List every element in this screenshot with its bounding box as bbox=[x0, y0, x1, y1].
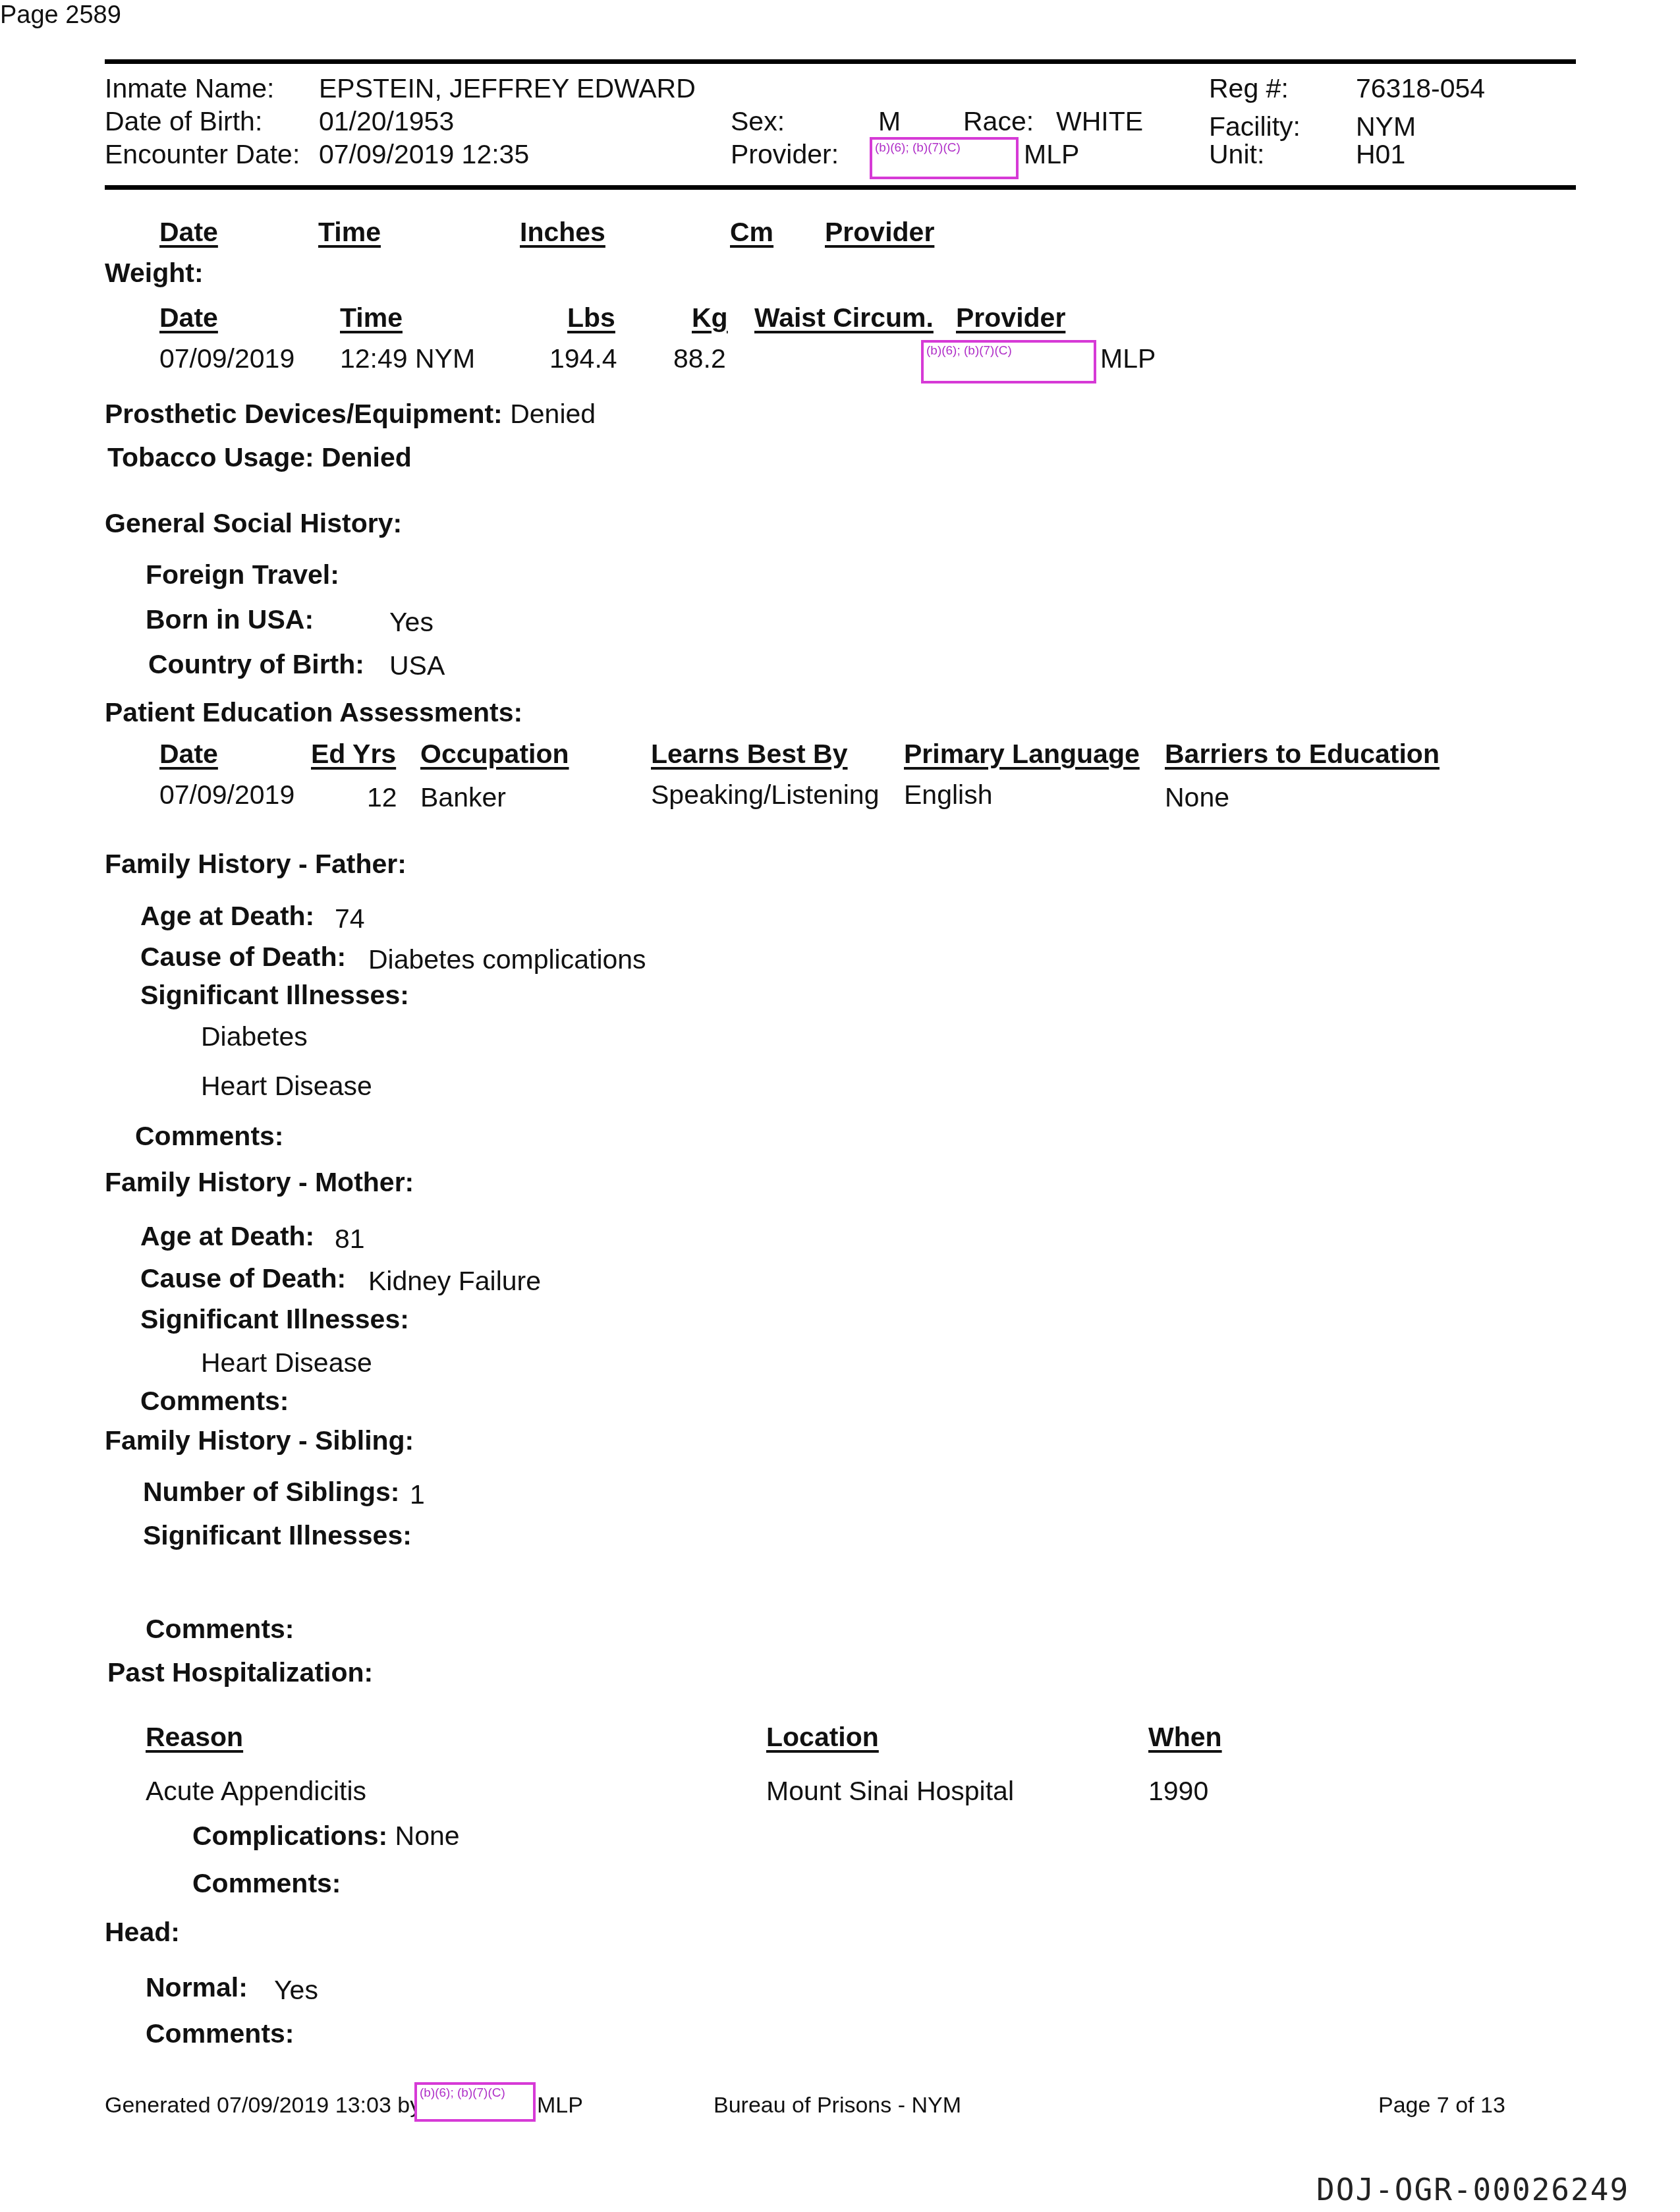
dob-label: Date of Birth: bbox=[105, 108, 262, 135]
weight-col-provider: Provider bbox=[956, 304, 1065, 331]
born-usa-value: Yes bbox=[389, 609, 434, 636]
mother-title: Family History - Mother: bbox=[105, 1169, 414, 1196]
redaction-code: (b)(6); (b)(7)(C) bbox=[420, 2086, 505, 2101]
born-usa-label: Born in USA: bbox=[146, 606, 314, 633]
sex-value: M bbox=[878, 108, 901, 135]
edu-col-learns: Learns Best By bbox=[651, 741, 848, 768]
edu-col-occupation: Occupation bbox=[420, 741, 569, 768]
weight-date: 07/09/2019 bbox=[159, 345, 294, 372]
head-comments-label: Comments: bbox=[146, 2020, 294, 2047]
edu-col-language: Primary Language bbox=[904, 741, 1140, 768]
footer-redaction-box: (b)(6); (b)(7)(C) bbox=[414, 2082, 536, 2122]
page-label: Page 2589 bbox=[0, 3, 121, 28]
inmate-name-label: Inmate Name: bbox=[105, 75, 275, 102]
edu-barriers: None bbox=[1165, 784, 1229, 811]
edu-col-ed-yrs: Ed Yrs bbox=[311, 741, 396, 768]
sex-label: Sex: bbox=[731, 108, 785, 135]
edu-col-barriers: Barriers to Education bbox=[1165, 741, 1440, 768]
weight-kg: 88.2 bbox=[673, 345, 726, 372]
sibling-comments-label: Comments: bbox=[146, 1616, 294, 1643]
race-label: Race: bbox=[963, 108, 1034, 135]
redaction-code: (b)(6); (b)(7)(C) bbox=[875, 141, 961, 156]
height-col-date: Date bbox=[159, 219, 218, 246]
father-cause-label: Cause of Death: bbox=[140, 944, 346, 971]
mother-comments-label: Comments: bbox=[140, 1388, 289, 1415]
weight-time: 12:49 NYM bbox=[340, 345, 475, 372]
hosp-complications-label: Complications: bbox=[192, 1821, 387, 1851]
weight-title: Weight: bbox=[105, 260, 204, 287]
provider-label: Provider: bbox=[731, 141, 839, 168]
edu-date: 07/09/2019 bbox=[159, 781, 294, 808]
mother-cause-label: Cause of Death: bbox=[140, 1265, 346, 1292]
header-bottom-rule bbox=[105, 185, 1576, 190]
weight-col-waist: Waist Circum. bbox=[754, 304, 934, 331]
encounter-date-label: Encounter Date: bbox=[105, 141, 300, 168]
hosp-col-reason: Reason bbox=[146, 1724, 243, 1751]
sibling-title: Family History - Sibling: bbox=[105, 1427, 414, 1454]
height-col-time: Time bbox=[318, 219, 381, 246]
reg-value: 76318-054 bbox=[1356, 75, 1485, 102]
height-col-cm: Cm bbox=[730, 219, 773, 246]
sibling-count-value: 1 bbox=[410, 1481, 425, 1508]
hosp-reason: Acute Appendicitis bbox=[146, 1778, 366, 1805]
edu-occupation: Banker bbox=[420, 784, 506, 811]
prosthetic-value: Denied bbox=[510, 399, 596, 429]
father-illness-item: Heart Disease bbox=[201, 1073, 372, 1100]
hosp-col-location: Location bbox=[766, 1724, 879, 1751]
facility-label: Facility: bbox=[1209, 113, 1301, 140]
father-illness-item: Diabetes bbox=[201, 1023, 308, 1050]
inmate-name: EPSTEIN, JEFFREY EDWARD bbox=[319, 75, 696, 102]
provider-redaction-box: (b)(6); (b)(7)(C) bbox=[870, 137, 1019, 179]
provider-suffix: MLP bbox=[1024, 141, 1079, 168]
mother-age-value: 81 bbox=[335, 1226, 365, 1253]
edu-learns: Speaking/Listening bbox=[651, 781, 879, 808]
redaction-code: (b)(6); (b)(7)(C) bbox=[926, 344, 1012, 358]
weight-col-date: Date bbox=[159, 304, 218, 331]
hosp-complications-row: Complications: None bbox=[192, 1823, 460, 1850]
hosp-comments-label: Comments: bbox=[192, 1870, 341, 1897]
weight-col-lbs: Lbs bbox=[567, 304, 615, 331]
country-of-birth-label: Country of Birth: bbox=[148, 651, 364, 678]
education-title: Patient Education Assessments: bbox=[105, 699, 522, 726]
unit-value: H01 bbox=[1356, 141, 1405, 168]
reg-label: Reg #: bbox=[1209, 75, 1289, 102]
edu-language: English bbox=[904, 781, 992, 808]
footer-center: Bureau of Prisons - NYM bbox=[714, 2094, 961, 2116]
father-illnesses-label: Significant Illnesses: bbox=[140, 982, 409, 1009]
prosthetic-label: Prosthetic Devices/Equipment: bbox=[105, 399, 503, 429]
father-cause-value: Diabetes complications bbox=[368, 946, 646, 973]
father-comments-label: Comments: bbox=[135, 1123, 284, 1150]
edu-col-date: Date bbox=[159, 741, 218, 768]
race-value: WHITE bbox=[1056, 108, 1143, 135]
sibling-illnesses-label: Significant Illnesses: bbox=[143, 1522, 412, 1549]
father-age-label: Age at Death: bbox=[140, 903, 314, 930]
unit-label: Unit: bbox=[1209, 141, 1264, 168]
encounter-date-value: 07/09/2019 12:35 bbox=[319, 141, 529, 168]
facility-value: NYM bbox=[1356, 113, 1416, 140]
height-col-inches: Inches bbox=[520, 219, 605, 246]
dob-value: 01/20/1953 bbox=[319, 108, 454, 135]
weight-lbs: 194.4 bbox=[549, 345, 617, 372]
prosthetic-row: Prosthetic Devices/Equipment: Denied bbox=[105, 401, 596, 428]
footer-page-number: Page 7 of 13 bbox=[1378, 2094, 1505, 2116]
foreign-travel-label: Foreign Travel: bbox=[146, 561, 339, 588]
hosp-col-when: When bbox=[1148, 1724, 1222, 1751]
hosp-complications-value: None bbox=[395, 1821, 460, 1851]
tobacco-usage: Tobacco Usage: Denied bbox=[107, 444, 412, 471]
father-title: Family History - Father: bbox=[105, 851, 406, 878]
mother-age-label: Age at Death: bbox=[140, 1223, 314, 1250]
weight-col-kg: Kg bbox=[692, 304, 728, 331]
hosp-location: Mount Sinai Hospital bbox=[766, 1778, 1014, 1805]
edu-ed-yrs: 12 bbox=[367, 784, 397, 811]
weight-provider-redaction-box: (b)(6); (b)(7)(C) bbox=[921, 340, 1096, 383]
weight-col-time: Time bbox=[340, 304, 403, 331]
head-normal-value: Yes bbox=[274, 1977, 318, 2004]
header-top-rule bbox=[105, 59, 1576, 64]
height-col-provider: Provider bbox=[825, 219, 934, 246]
country-of-birth-value: USA bbox=[389, 652, 445, 679]
father-age-value: 74 bbox=[335, 905, 365, 932]
mother-illness-item: Heart Disease bbox=[201, 1349, 372, 1376]
mother-cause-value: Kidney Failure bbox=[368, 1268, 541, 1295]
hospitalization-title: Past Hospitalization: bbox=[107, 1659, 373, 1686]
footer-generated: Generated 07/09/2019 13:03 by bbox=[105, 2094, 421, 2116]
footer-generated-suffix: MLP bbox=[537, 2094, 583, 2116]
mother-illnesses-label: Significant Illnesses: bbox=[140, 1306, 409, 1333]
sibling-count-label: Number of Siblings: bbox=[143, 1479, 400, 1506]
bates-number: DOJ-OGR-00026249 bbox=[1316, 2174, 1629, 2205]
head-normal-label: Normal: bbox=[146, 1974, 248, 2001]
hosp-when: 1990 bbox=[1148, 1778, 1208, 1805]
head-title: Head: bbox=[105, 1919, 180, 1946]
social-history-title: General Social History: bbox=[105, 510, 402, 537]
weight-provider-suffix: MLP bbox=[1100, 345, 1156, 372]
